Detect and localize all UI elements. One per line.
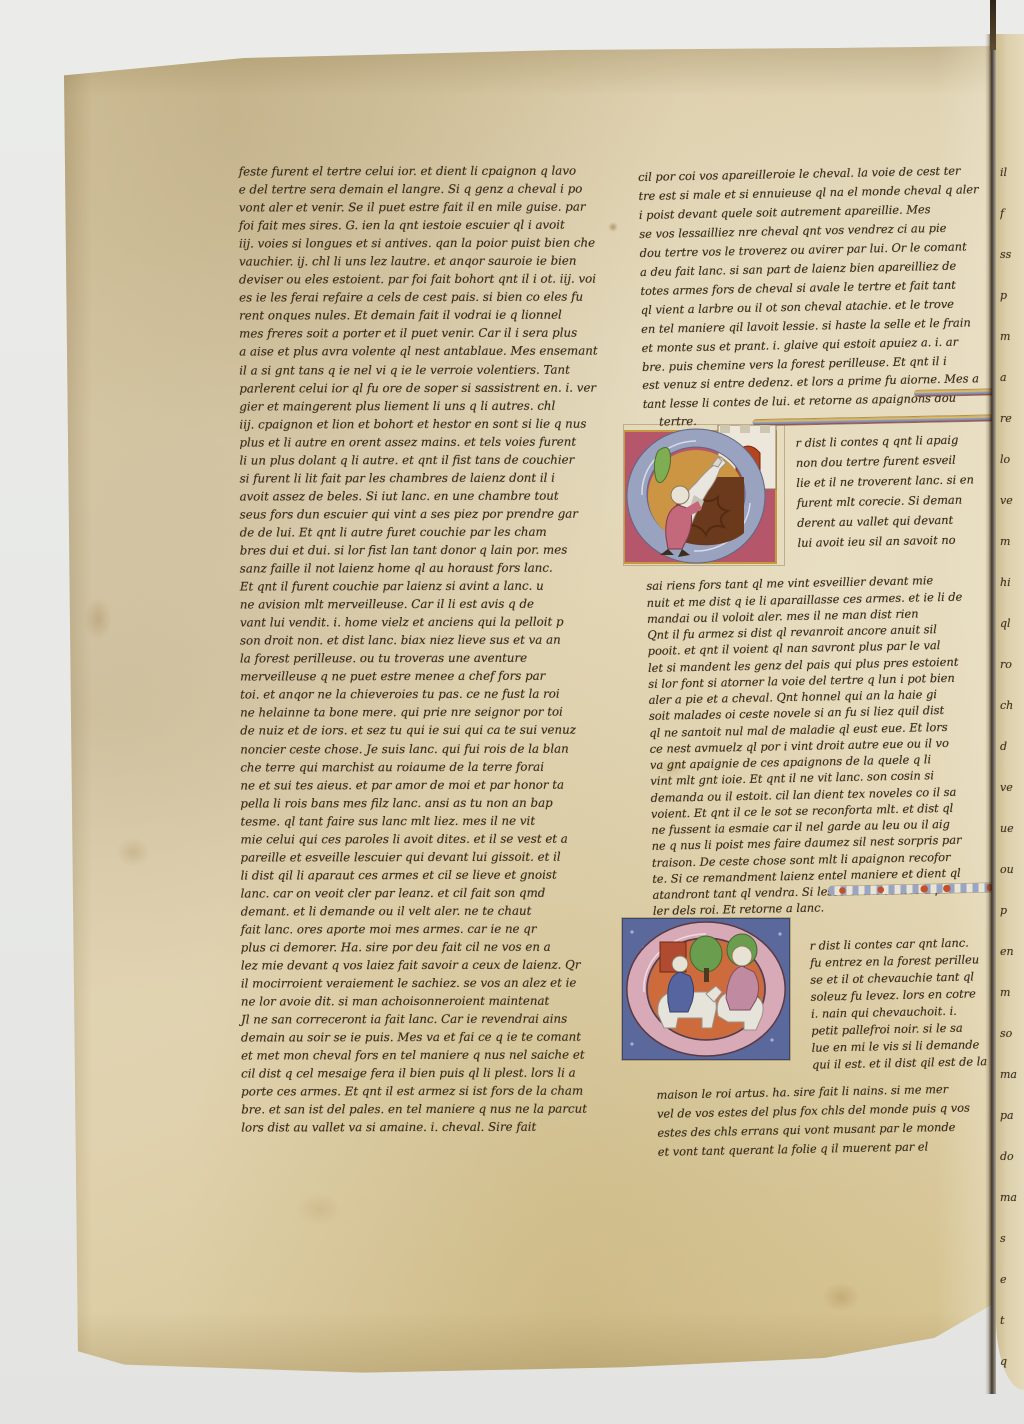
stain: [84, 597, 112, 641]
text-line: de de lui. Et qnt li autre furet couchie…: [240, 522, 612, 541]
text-line: ne et sui tes aieus. et par amor de moi …: [240, 775, 612, 794]
manuscript-photo: feste furent el tertre celui ior. et die…: [0, 0, 1024, 1424]
text-line: Jl ne san correceront ia fait lanc. Car …: [241, 1010, 613, 1029]
text-line: pella li rois bans mes filz lanc. ansi a…: [240, 793, 612, 812]
text-line: il a si gnt tans q ie nel vi q ie le ver…: [239, 360, 611, 379]
text-beside-miniature-2: r dist li contes car qnt lanc.fu entrez …: [809, 933, 1008, 1073]
text-line: Et qnt il furent couchie par laienz si a…: [240, 577, 612, 596]
text-line: seus fors dun escuier qui vint a ses pie…: [240, 504, 612, 523]
text-line: sanz faille il not laienz home ql au hor…: [240, 559, 612, 578]
text-line: lui avoit ieu sil an savoit no: [797, 529, 997, 553]
text-line: toi. et anqor ne la chieveroies tu pas. …: [240, 685, 612, 704]
text-line: demant. et li demande ou il velt aler. n…: [241, 901, 613, 920]
text-line: vant lui vendit. i. home vielz et ancien…: [240, 613, 612, 632]
text-line: qui il est. et il dist qil est de la: [812, 1052, 1008, 1073]
text-line: plus et li autre en orent assez mains. e…: [239, 432, 611, 451]
text-line: che terre qui marchist au roiaume de la …: [240, 757, 612, 776]
next-folio-edge: ilfsspmarelovemhiqlrochdveueoupenmsomapa…: [996, 34, 1024, 1390]
text-line: ne helainne ta bone mere. qui prie nre s…: [240, 703, 612, 722]
text-line: bre. et san ist del pales. en tel manier…: [241, 1100, 613, 1119]
text-line: iij. cpaignon et lion et bohort et hesto…: [239, 414, 611, 433]
text-line: ne lor avoie dit. si man achoisonneroien…: [241, 992, 613, 1011]
text-line: bres dui et dui. si lor fist lan tant do…: [240, 540, 612, 559]
miniature-1-illustration: [624, 425, 784, 565]
line-filler-icon: [753, 415, 993, 426]
historiated-initial-miniature-1: [624, 425, 784, 565]
historiated-initial-miniature-2: [622, 918, 790, 1060]
text-line: li un plus dolant q li autre. et qnt il …: [239, 450, 611, 469]
text-line: iij. voies si longues et si antives. qan…: [239, 234, 611, 253]
text-line: si furent li lit fait par les chambres d…: [240, 468, 612, 487]
right-column-middle-block: sai riens fors tant ql me vint esveillie…: [646, 571, 1005, 919]
binding-gutter: [985, 34, 996, 1394]
text-line: son droit non. et dist lanc. biax niez l…: [240, 631, 612, 650]
text-line: foi fait mes sires. G. ien la qnt iestoi…: [239, 216, 611, 235]
text-line: porte ces armes. Et qnt il est armez si …: [241, 1082, 613, 1101]
text-line: vauchier. ij. chl li uns lez lautre. et …: [239, 252, 611, 271]
text-line: e del tertre sera demain el langre. Si q…: [239, 180, 611, 199]
text-line: es ie les ferai refaire a cels de cest p…: [239, 288, 611, 307]
text-line: lez mie devant q vos laiez fait savoir a…: [241, 956, 613, 975]
stain: [296, 1192, 342, 1226]
text-line: vont aler et venir. Se il puet estre fai…: [239, 198, 611, 217]
stain: [116, 837, 150, 867]
text-line: tesme. ql tant faire sus lanc mlt liez. …: [240, 811, 612, 830]
text-line: deviser ou eles estoient. par foi fait b…: [239, 270, 611, 289]
text-column-left: feste furent el tertre celui ior. et die…: [239, 162, 614, 1138]
text-line: de nuiz et de iors. et sez tu qui ie sui…: [240, 721, 612, 740]
text-line: lanc. car on veoit cler par leanz. et ci…: [241, 883, 613, 902]
text-line: cil dist q cel mesaige fera il bien puis…: [241, 1064, 613, 1083]
miniature-2-illustration: [622, 918, 790, 1060]
stain: [822, 1282, 860, 1312]
text-line: lors dist au vallet va si amaine. i. che…: [241, 1118, 613, 1137]
text-line: pareille et esveille lescuier qui devant…: [241, 847, 613, 866]
next-folio-edge-text: ilfsspmarelovemhiqlrochdveueoupenmsomapa…: [1000, 152, 1024, 1382]
text-line: noncier ceste chose. Je suis lanc. qui f…: [240, 739, 612, 758]
text-line: merveilleuse q ne puet estre menee a che…: [240, 667, 612, 686]
text-line: il mocirroient veraiement le sachiez. se…: [241, 974, 613, 993]
text-line: la forest perilleuse. ou tu troveras une…: [240, 649, 612, 668]
text-line: a aise et plus avra volente ql nest anta…: [239, 342, 611, 361]
parchment-page: feste furent el tertre celui ior. et die…: [64, 42, 992, 1378]
text-line: rent onques nules. Et demain fait il vod…: [239, 306, 611, 325]
text-line: feste furent el tertre celui ior. et die…: [239, 162, 611, 181]
text-beside-miniature-1: r dist li contes q qnt li apaignon dou t…: [795, 429, 997, 553]
text-line: li dist qil li aparaut ces armes et cil …: [241, 865, 613, 884]
right-column-bottom-block: maison le roi artus. ha. sire fait li na…: [656, 1078, 1009, 1161]
text-line: plus ci demorer. Ha. sire por deu fait c…: [241, 938, 613, 957]
right-column-top-block: cil por coi vos apareilleroie le cheval.…: [638, 161, 995, 414]
text-line: avoit assez de beles. Si iut lanc. en un…: [240, 486, 612, 505]
text-line: demain au soir se ie puis. Mes va et fai…: [241, 1028, 613, 1047]
text-line: et met mon cheval fors en tel maniere q …: [241, 1046, 613, 1065]
text-line: mes freres soit a porter et il puet veni…: [239, 324, 611, 343]
text-line: fait lanc. ores aporte moi mes armes. ca…: [241, 919, 613, 938]
text-line: gier et maingerent plus liement li uns q…: [239, 396, 611, 415]
text-line: ne avision mlt merveilleuse. Car il li e…: [240, 595, 612, 614]
text-line: parlerent celui ior ql fu ore de soper s…: [239, 378, 611, 397]
text-line: mie celui qui ces paroles li avoit dites…: [240, 829, 612, 848]
